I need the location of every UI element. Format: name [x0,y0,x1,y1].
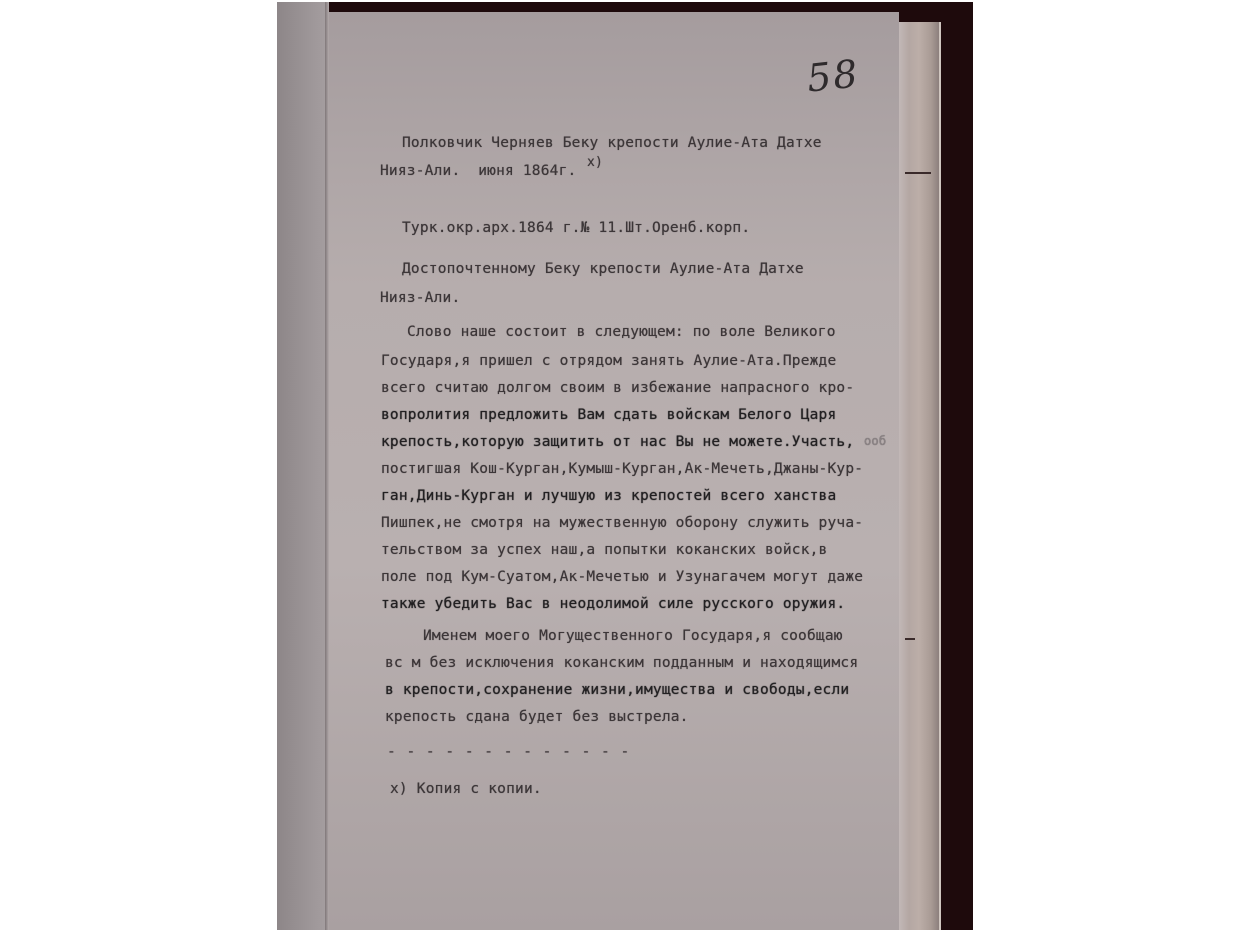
page-edge-mark [905,638,915,640]
paragraph-2-line: Именем моего Могущественного Государя,я … [423,629,843,644]
paragraph-1-line: поле под Кум-Суатом,Ак-Мечетью и Узунага… [381,570,863,585]
bleed-through-margin-text: ооб [864,435,886,447]
paragraph-1-line: Слово наше состоит в следующем: по воле … [407,325,836,340]
page-edge-mark [905,172,931,174]
paragraph-1-line: вопролития предложить Вам сдать войскам … [381,408,836,423]
document-photo: 58 Полковчик Черняев Беку крепости Аулие… [277,2,973,930]
salutation-line-1: Достопочтенному Беку крепости Аулие-Ата … [402,262,804,277]
page-edges [899,22,941,930]
footnote-mark: х) [587,156,603,169]
paragraph-1-line: тельством за успех наш,а попытки коканск… [381,543,828,558]
paragraph-2-line: в крепости,сохранение жизни,имущества и … [385,683,849,698]
footnote-text: х) Копия с копии. [390,782,542,797]
paragraph-1-line: также убедить Вас в неодолимой силе русс… [381,597,845,612]
left-facing-page [277,2,325,930]
heading-line-1: Полковчик Черняев Беку крепости Аулие-Ат… [402,136,822,151]
heading-line-2: Нияз-Али. июня 1864г. [380,164,576,179]
paragraph-2-line: вс м без исключения коканским подданным … [385,656,858,671]
paragraph-1-line: Пишпек,не смотря на мужественную оборону… [381,516,863,531]
salutation-line-2: Нияз-Али. [380,291,460,306]
paragraph-1-line: ган,Динь-Курган и лучшую из крепостей вс… [381,489,836,504]
paragraph-1-line: Государя,я пришел с отрядом занять Аулие… [381,354,836,369]
paragraph-1-line: крепость,которую защитить от нас Вы не м… [381,435,854,450]
paragraph-2-line: крепость сдана будет без выстрела. [385,710,689,725]
paragraph-1-line: всего считаю долгом своим в избежание на… [381,381,854,396]
separator-dashes: - - - - - - - - - - - - - [387,745,630,760]
archive-reference: Турк.окр.арх.1864 г.№ 11.Шт.Оренб.корп. [402,221,750,236]
folio-number: 58 [805,51,862,100]
paragraph-1-line: постигшая Кош-Курган,Кумыш-Курган,Ак-Меч… [381,462,863,477]
